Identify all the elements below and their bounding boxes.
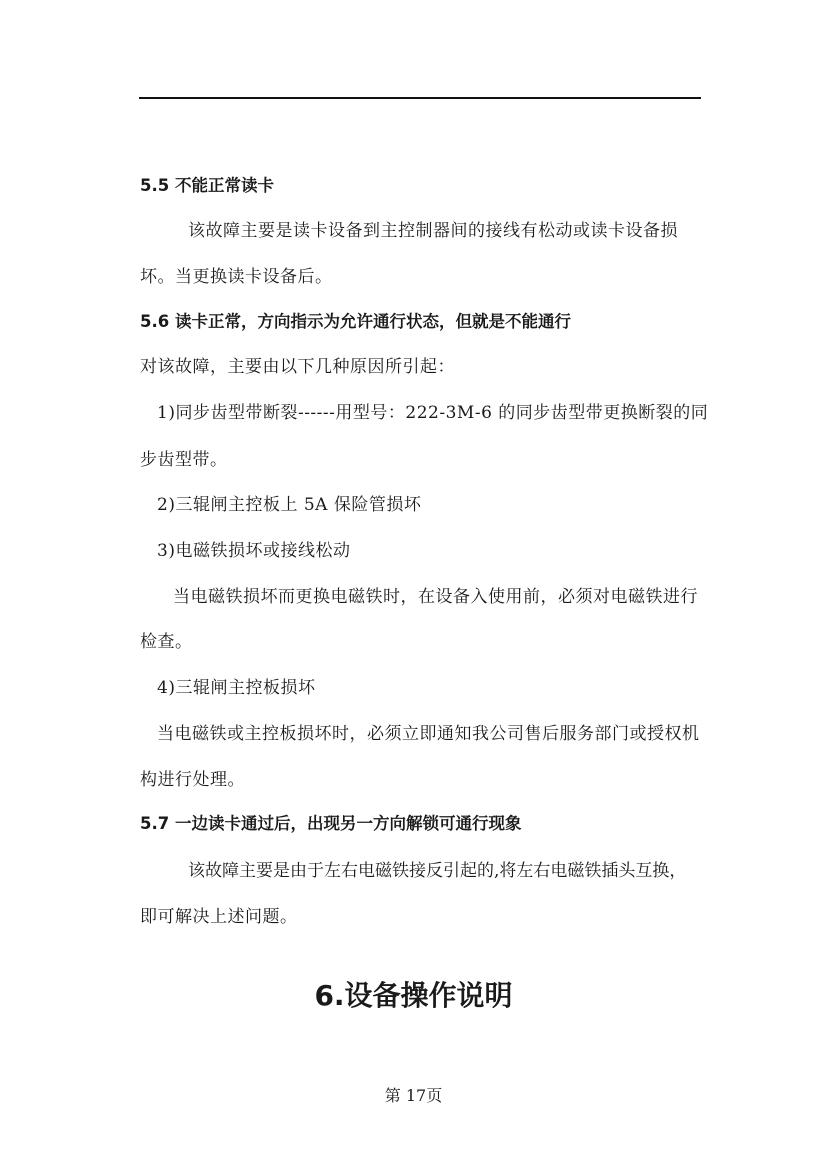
paragraph-line: 构进行处理。 — [140, 765, 245, 790]
section-heading-5-6: 5.6 读卡正常，方向指示为允许通行状态，但就是不能通行 — [140, 308, 571, 332]
paragraph-line: 检查。 — [140, 627, 193, 652]
list-item-continuation: 步齿型带。 — [140, 445, 228, 470]
paragraph-line: 对该故障，主要由以下几种原因所引起： — [140, 352, 455, 377]
header-rule — [139, 97, 701, 99]
section-heading-5-5: 5.5 不能正常读卡 — [140, 172, 274, 196]
paragraph-line: 当电磁铁损坏而更换电磁铁时，在设备入使用前，必须对电磁铁进行 — [173, 582, 698, 607]
paragraph-line: 坏。当更换读卡设备后。 — [140, 262, 333, 287]
paragraph-line: 该故障主要是读卡设备到主控制器间的接线有松动或读卡设备损 — [188, 216, 678, 241]
page-number: 第 17页 — [0, 1083, 827, 1106]
paragraph-line: 即可解决上述问题。 — [140, 902, 298, 927]
list-item: 3)电磁铁损坏或接线松动 — [157, 536, 350, 561]
chapter-title: 6.设备操作说明 — [0, 974, 827, 1014]
paragraph-line: 当电磁铁或主控板损坏时，必须立即通知我公司售后服务部门或授权机 — [157, 719, 700, 744]
list-item: 4)三辊闸主控板损坏 — [157, 673, 315, 698]
list-item: 2)三辊闸主控板上 5A 保险管损坏 — [157, 490, 421, 515]
paragraph-line: 该故障主要是由于左右电磁铁接反引起的,将左右电磁铁插头互换， — [188, 856, 686, 881]
section-heading-5-7: 5.7 一边读卡通过后，出现另一方向解锁可通行现象 — [140, 810, 521, 834]
list-item: 1)同步齿型带断裂------用型号：222-3M-6 的同步齿型带更换断裂的同 — [157, 398, 708, 423]
